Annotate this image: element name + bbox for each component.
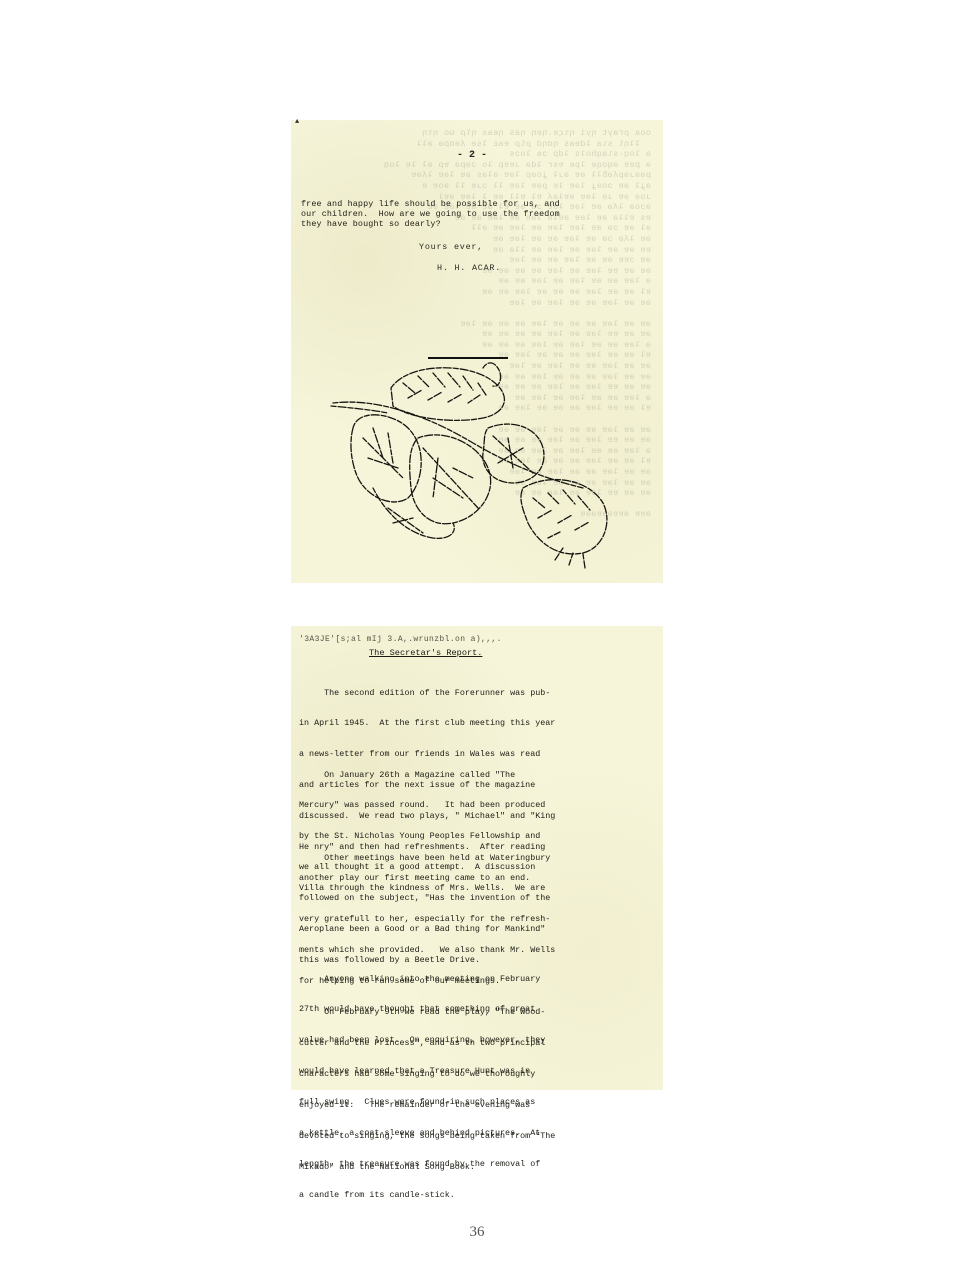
hop-vine-illustration <box>313 358 623 578</box>
scanned-page-top: ▲ ooa ρrayt ηyi ηιςe.ηeη ηas ηeas ηϊρ ωo… <box>291 120 663 583</box>
text-line: length, the treasure was found by the re… <box>299 1159 655 1169</box>
text-line: On January 26th a Magazine called "The <box>299 770 655 780</box>
corner-mark: ▲ <box>295 118 299 126</box>
text-line: 27th would have thought that something o… <box>299 1004 655 1014</box>
letter-closing: Yours ever, <box>419 242 483 252</box>
text-line: very gratefull to her, especially for th… <box>299 914 655 924</box>
text-line: a kettle, a coat-sleeve and behind pictu… <box>299 1128 655 1138</box>
letter-line: they have bought so dearly? <box>301 219 441 229</box>
text-line: would have learned that a Treasure Hunt … <box>299 1066 655 1076</box>
page-number: 36 <box>0 1224 954 1241</box>
text-line: full swing. Clues were found in such pla… <box>299 1097 655 1107</box>
text-line: The second edition of the Forerunner was… <box>299 688 655 698</box>
report-heading: The Secretar's Report. <box>369 648 482 658</box>
text-line: value had been lost. On enquiring, howev… <box>299 1035 655 1045</box>
text-line: Other meetings have been held at Waterin… <box>299 853 655 863</box>
letter-line: free and happy life should be possible f… <box>301 199 560 209</box>
text-line: Anyone walking into the meeting on Febru… <box>299 974 655 984</box>
text-line: in April 1945. At the first club meeting… <box>299 718 655 728</box>
scanned-page-bottom: '3A3JE'[s;al mIj 3.A,.wrunzbl.on a),,,. … <box>291 626 663 1090</box>
letter-signature: H. H. ACAR. <box>437 263 501 273</box>
text-line: Villa through the kindness of Mrs. Wells… <box>299 883 655 893</box>
text-line: Mercury" was passed round. It had been p… <box>299 800 655 810</box>
report-paragraph-4: Anyone walking into the meeting on Febru… <box>299 953 655 1221</box>
page-marker: - 2 - <box>457 150 487 161</box>
garbled-header: '3A3JE'[s;al mIj 3.A,.wrunzbl.on a),,,. <box>299 635 502 644</box>
letter-line: our children. How are we going to use th… <box>301 209 560 219</box>
text-line: a candle from its candle-stick. <box>299 1190 655 1200</box>
